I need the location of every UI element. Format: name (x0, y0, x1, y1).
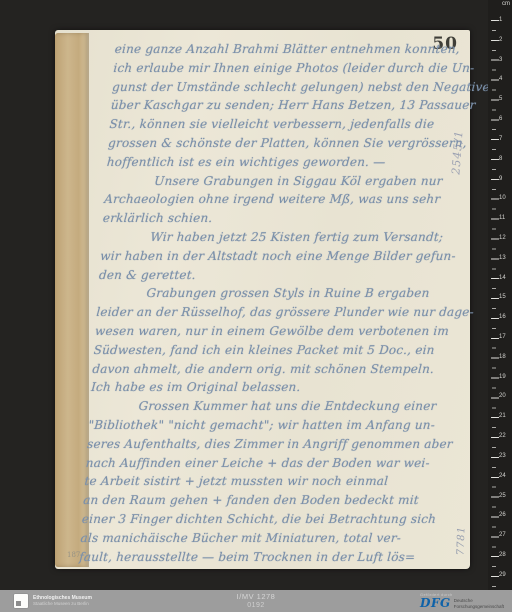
manuscript-line: ich erlaube mir Ihnen einige Photos (lei… (113, 59, 482, 78)
manuscript-line: über Kaschgar zu senden; Herr Hans Betze… (110, 96, 479, 115)
ruler-number: 3 (499, 56, 502, 64)
manuscript-line: te Arbeit sistirt + jetzt mussten wir no… (84, 472, 453, 491)
ruler-number: 18 (499, 353, 506, 361)
manuscript-line: gunst der Umstände schlecht gelungen) ne… (111, 78, 480, 97)
ruler-number: 8 (499, 155, 502, 163)
manuscript-line: davon ahmelt, die andern orig. mit schön… (92, 360, 461, 379)
ruler-number: 28 (499, 551, 506, 559)
ruler-number: 24 (499, 472, 506, 480)
ruler-number: 20 (499, 392, 506, 400)
manuscript-line: wesen waren, nur in einem Gewölbe dem ve… (94, 322, 463, 341)
ruler-number: 2 (499, 36, 502, 44)
scan-background: 50 eine ganze Anzahl Brahmi Blätter entn… (0, 0, 512, 590)
ruler-major-ticks (491, 20, 499, 592)
ruler-number: 23 (499, 452, 506, 460)
ruler-number: 5 (499, 95, 502, 103)
ruler-number: 7 (499, 135, 502, 143)
manuscript-line: Grabungen grossen Styls in Ruine B ergab… (97, 284, 466, 303)
ruler-number: 17 (499, 333, 506, 341)
ruler-number: 21 (499, 412, 506, 420)
museum-subtitle: Staatliche Museen zu Berlin (33, 601, 92, 607)
manuscript-page: 50 eine ganze Anzahl Brahmi Blätter entn… (55, 30, 470, 569)
manuscript-line: Wir haben jetzt 25 Kisten fertig zum Ver… (101, 228, 470, 247)
manuscript-line: Ich habe es im Original belassen. (90, 378, 459, 397)
ruler-number: 15 (499, 293, 506, 301)
manuscript-line: eine ganze Anzahl Brahmi Blätter entnehm… (114, 40, 483, 59)
manuscript-line: Unsere Grabungen in Siggau Köl ergaben n… (105, 172, 474, 191)
museum-credit: Ethnologisches Museum Staatliche Museen … (14, 594, 92, 608)
ruler-number: 13 (499, 254, 506, 262)
manuscript-line: Str., können sie vielleicht verbessern, … (109, 115, 478, 134)
manuscript-line: leider an der Rüsselhof, das grössere Pl… (96, 303, 465, 322)
museum-logo-icon (14, 594, 28, 608)
ruler-number: 16 (499, 313, 506, 321)
dfg-credit: Gefördert durch DFG Deutsche Forschungsg… (420, 592, 504, 610)
dfg-acronym-icon: DFG (420, 597, 451, 610)
ruler-number: 11 (499, 214, 505, 222)
ruler-number: 29 (499, 571, 506, 579)
ruler-number: 4 (499, 75, 502, 83)
handwritten-text: eine ganze Anzahl Brahmi Blätter entnehm… (79, 40, 484, 566)
ruler-number: 12 (499, 234, 506, 242)
ruler-unit-label: cm (502, 1, 510, 7)
ruler-number: 10 (499, 194, 506, 202)
pencil-annotation-bottom-left: 187 (67, 551, 80, 559)
manuscript-line: seres Aufenthalts, dies Zimmer in Angrif… (86, 435, 455, 454)
manuscript-line: als manichäische Bücher mit Miniaturen, … (80, 529, 449, 548)
dfg-full-name: Deutsche Forschungsgemeinschaft (454, 598, 504, 609)
manuscript-line: an den Raum gehen + fanden den Boden bed… (83, 491, 452, 510)
manuscript-line: den & gerettet. (98, 266, 467, 285)
museum-text: Ethnologisches Museum Staatliche Museen … (33, 595, 92, 607)
manuscript-line: Grossen Kummer hat uns die Entdeckung ei… (89, 397, 458, 416)
dfg-name-line2: Forschungsgemeinschaft (454, 604, 504, 610)
dfg-logo: DFG Deutsche Forschungsgemeinschaft (420, 597, 504, 610)
ruler-scale: cm 1234567891011121314151617181920212223… (488, 0, 512, 590)
manuscript-line: wir haben in der Altstadt noch eine Meng… (100, 247, 469, 266)
ruler-number: 27 (499, 531, 506, 539)
ruler-number: 6 (499, 115, 502, 123)
ruler-number: 19 (499, 373, 506, 381)
ruler-numbers: 1234567891011121314151617181920212223242… (499, 16, 511, 599)
ruler-number: 25 (499, 492, 506, 500)
ruler-number: 9 (499, 175, 502, 183)
manuscript-line: Südwesten, fand ich ein kleines Packet m… (93, 341, 462, 360)
manuscript-line: erklärlich schien. (102, 209, 471, 228)
manuscript-line: fault, herausstellte — beim Trocknen in … (79, 548, 448, 567)
ruler-number: 26 (499, 511, 506, 519)
image-number: 0192 (247, 601, 265, 610)
footer-bar: Ethnologisches Museum Staatliche Museen … (0, 590, 512, 612)
ruler-number: 14 (499, 274, 506, 282)
manuscript-line: "Bibliothek" "nicht gemacht"; wir hatten… (88, 416, 457, 435)
manuscript-line: grossen & schönste der Platten, können S… (108, 134, 477, 153)
manuscript-line: nach Auffinden einer Leiche + das der Bo… (85, 454, 454, 473)
ruler-number: 1 (499, 16, 502, 24)
shelfmark: I/MV 1278 (237, 592, 276, 601)
manuscript-line: hoffentlich ist es ein wichtiges geworde… (106, 153, 475, 172)
pencil-annotation-bottom-right: 7781 (455, 525, 467, 555)
manuscript-line: Archaeologien ohne irgend weitere Mß, wa… (104, 190, 473, 209)
ruler-number: 22 (499, 432, 506, 440)
manuscript-line: einer 3 Finger dichten Schicht, die bei … (81, 510, 450, 529)
